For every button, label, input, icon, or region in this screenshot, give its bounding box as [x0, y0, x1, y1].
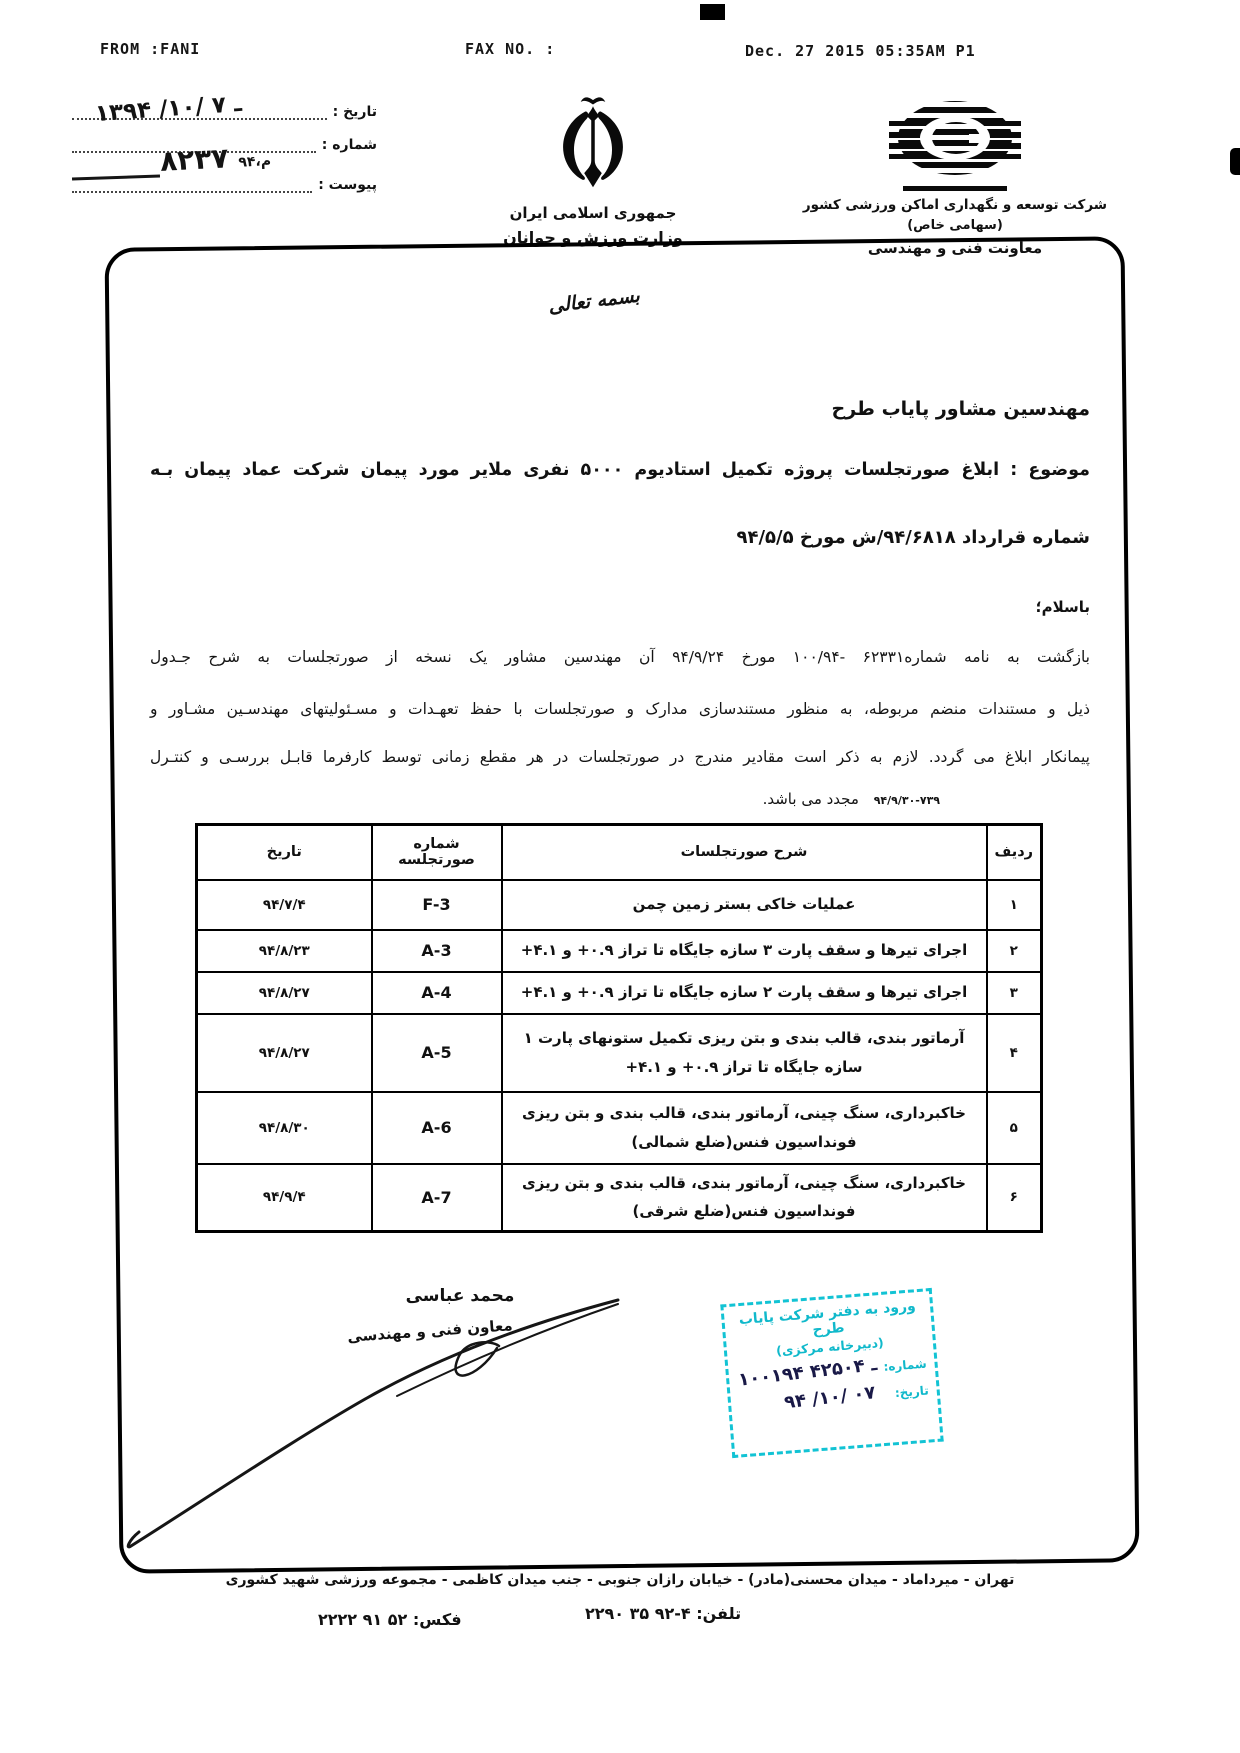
attachment-row: پیوست : — [72, 177, 377, 193]
header-date: تاریخ — [197, 825, 372, 880]
cell-description: خاکبرداری، سنگ چینی، آرماتور بندی، قالب … — [502, 1164, 987, 1232]
attachment-leader-line — [72, 177, 312, 193]
fax-label: فکس: — [413, 1610, 462, 1629]
table-row: ۴ آرماتور بندی، قالب بندی و بتن ریزی تکم… — [197, 1014, 1042, 1092]
table-row: ۳ اجرای تیرها و سقف پارت ۲ سازه جایگاه ت… — [197, 972, 1042, 1014]
entry-stamp: ورود به دفتر شرکت پایاب طرح (دبیرخانه مر… — [720, 1288, 943, 1458]
stamp-date-value: ۹۴ /۱۰/ ۰۷ — [783, 1382, 876, 1413]
table-row: ۵ خاکبرداری، سنگ چینی، آرماتور بندی، قال… — [197, 1092, 1042, 1164]
cell-row-no: ۲ — [987, 930, 1042, 972]
cell-date: ۹۴/۸/۲۷ — [197, 972, 372, 1014]
salutation: باسلام؛ — [150, 598, 1090, 616]
cell-date: ۹۴/۹/۴ — [197, 1164, 372, 1232]
number-label: شماره : — [322, 137, 377, 153]
header-row-no: ردیف — [987, 825, 1042, 880]
cell-row-no: ۱ — [987, 880, 1042, 930]
fax-number-label: FAX NO. : — [465, 40, 555, 58]
body-line-2: ذیل و مستندات منضم مربوطه، به منظور مستن… — [150, 700, 1090, 718]
cell-description: اجرای تیرها و سقف پارت ۳ سازه جایگاه تا … — [502, 930, 987, 972]
stamp-number-label: شماره: — [883, 1356, 927, 1373]
handwritten-number: ۸۲۳۷ م،۹۴ — [159, 139, 271, 178]
cell-minutes-no: A-4 — [372, 972, 502, 1014]
ministry-block: جمهوری اسلامی ایران وزارت ورزش و جوانان — [468, 94, 718, 247]
republic-title: جمهوری اسلامی ایران — [468, 204, 718, 222]
handwritten-number-main: ۸۲۳۷ — [159, 141, 229, 178]
company-name: شرکت توسعه و نگهداری اماکن ورزشی کشور — [795, 197, 1115, 213]
addressee: مهندسین مشاور پایاب طرح — [150, 398, 1090, 420]
fax-value: ۲۲۲۲ ۹۱ ۵۲ — [318, 1610, 407, 1629]
cell-row-no: ۴ — [987, 1014, 1042, 1092]
company-logo-icon — [889, 96, 1021, 184]
cell-date: ۹۴/۸/۲۷ — [197, 1014, 372, 1092]
cell-minutes-no: A-7 — [372, 1164, 502, 1232]
body-line-4-text: مجدد می باشد. — [763, 790, 859, 808]
fax-datetime: Dec. 27 2015 05:35AM P1 — [745, 42, 976, 60]
cell-date: ۹۴/۸/۲۳ — [197, 930, 372, 972]
cell-description: اجرای تیرها و سقف پارت ۲ سازه جایگاه تا … — [502, 972, 987, 1014]
date-label: تاریخ : — [333, 104, 377, 120]
cell-row-no: ۶ — [987, 1164, 1042, 1232]
table-row: ۶ خاکبرداری، سنگ چینی، آرماتور بندی، قال… — [197, 1164, 1042, 1232]
subject-line-2: شماره قرارداد ۹۴/۶۸۱۸/ش مورخ ۹۴/۵/۵ — [150, 527, 1090, 548]
table-header-row: ردیف شرح صورتجلسات شماره صورتجلسه تاریخ — [197, 825, 1042, 880]
footer-address: تهران - میرداماد - میدان محسنی(مادر) - خ… — [145, 1572, 1095, 1588]
header-description: شرح صورتجلسات — [502, 825, 987, 880]
cell-minutes-no: A-6 — [372, 1092, 502, 1164]
fax-from: FROM :FANI — [100, 40, 200, 58]
minutes-table: ردیف شرح صورتجلسات شماره صورتجلسه تاریخ … — [195, 823, 1043, 1233]
company-block: شرکت توسعه و نگهداری اماکن ورزشی کشور (س… — [795, 96, 1115, 257]
footer-fax: فکس: ۲۲۲۲ ۹۱ ۵۲ — [318, 1610, 462, 1629]
fax-document-page: { "fax_header": { "from": "FROM :FANI", … — [0, 0, 1240, 1753]
attachment-label: پیوست : — [318, 177, 377, 193]
cell-description: آرماتور بندی، قالب بندی و بتن ریزی تکمیل… — [502, 1014, 987, 1092]
company-type: (سهامی خاص) — [795, 218, 1115, 233]
scan-artifact-top — [700, 4, 725, 20]
iran-emblem-icon — [549, 94, 637, 196]
stamp-date-label: تاریخ: — [894, 1383, 929, 1400]
cell-minutes-no: F-3 — [372, 880, 502, 930]
logo-underline — [903, 186, 1007, 191]
body-line-4: ۹۴/۹/۳۰-۷۳۹ مجدد می باشد. — [150, 790, 1090, 808]
header-minutes-no: شماره صورتجلسه — [372, 825, 502, 880]
table-row: ۱ عملیات خاکی بستر زمین چمن F-3 ۹۴/۷/۴ — [197, 880, 1042, 930]
body-line-1: بازگشت به نامه شماره۶۲۳۳۱ -۱۰۰/۹۴ مورخ ۹… — [150, 648, 1090, 666]
table-row: ۲ اجرای تیرها و سقف پارت ۳ سازه جایگاه ت… — [197, 930, 1042, 972]
cell-description: خاکبرداری، سنگ چینی، آرماتور بندی، قالب … — [502, 1092, 987, 1164]
archive-note: ۹۴/۹/۳۰-۷۳۹ — [874, 794, 940, 807]
phone-label: تلفن: — [696, 1604, 741, 1623]
handwritten-number-extra: م،۹۴ — [238, 153, 271, 171]
cell-minutes-no: A-5 — [372, 1014, 502, 1092]
cell-row-no: ۵ — [987, 1092, 1042, 1164]
cell-date: ۹۴/۷/۴ — [197, 880, 372, 930]
phone-value: ۲۲۹۰ ۳۵ ۹۲-۴ — [585, 1604, 691, 1623]
cell-date: ۹۴/۸/۳۰ — [197, 1092, 372, 1164]
scan-artifact-right — [1230, 148, 1240, 175]
body-line-3: پیمانکار ابلاغ می گردد. لازم به ذکر است … — [150, 748, 1090, 766]
cell-minutes-no: A-3 — [372, 930, 502, 972]
cell-row-no: ۳ — [987, 972, 1042, 1014]
subject-line-1: موضوع : ابلاغ صورتجلسات پروژه تکمیل استا… — [150, 460, 1090, 480]
signature-stroke — [115, 1282, 625, 1567]
footer-phone: تلفن: ۲۲۹۰ ۳۵ ۹۲-۴ — [585, 1604, 741, 1623]
cell-description: عملیات خاکی بستر زمین چمن — [502, 880, 987, 930]
